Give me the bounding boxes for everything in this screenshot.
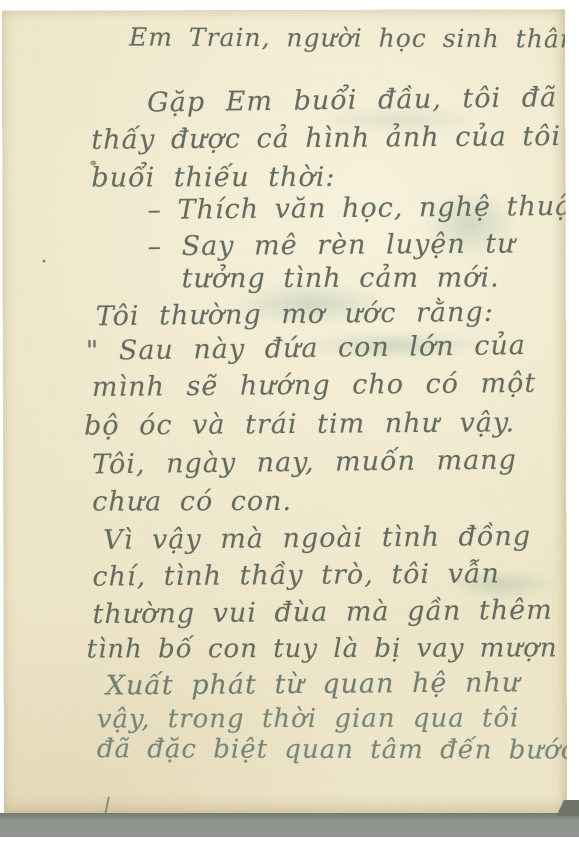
handwritten-line-quote: " Sau này đứa con lớn của: [86, 331, 526, 366]
handwritten-line: Gặp Em buổi đầu, tôi đã: [147, 83, 557, 118]
handwritten-line: Tôi thường mơ ước rằng:: [96, 298, 494, 332]
handwritten-line: thường vui đùa mà gần thêm: [92, 596, 553, 630]
handwritten-line: thấy được cả hình ảnh của tôi: [91, 122, 561, 155]
scanner-shadow-strip: [0, 813, 579, 837]
handwritten-line: Vì vậy mà ngoài tình đồng: [103, 522, 531, 556]
handwritten-line: đã đặc biệt quan tâm đến bước: [97, 735, 567, 765]
handwritten-line: mình sẽ hướng cho có một: [92, 369, 537, 403]
handwritten-line: vậy, trong thời gian qua tôi: [97, 704, 520, 734]
handwritten-line: tình bố con tuy là bị vay mượn: [87, 634, 558, 664]
handwritten-line: chưa có con.: [92, 487, 292, 517]
handwritten-line: chí, tình thầy trò, tôi vẫn: [92, 559, 500, 592]
handwritten-line: Xuất phát từ quan hệ như: [106, 668, 521, 701]
handwritten-line-list-item: – Say mê rèn luyện tư: [147, 229, 515, 262]
handwritten-line: buổi thiếu thời:: [91, 163, 335, 193]
handwritten-line-list-item: – Thích văn học, nghệ thuật.: [147, 192, 567, 226]
paper-speck: [90, 160, 96, 165]
paper-corner-shadow: [545, 800, 579, 816]
letter-paper: Em Train, người học sinh thân mến, Gặp E…: [2, 9, 567, 816]
handwritten-line-salutation: Em Train, người học sinh thân mến,: [129, 24, 567, 54]
paper-speck: [43, 260, 46, 263]
handwritten-line: bộ óc và trái tim như vậy.: [84, 408, 515, 441]
scan-background: { "document": { "type": "Scanned handwri…: [0, 0, 579, 854]
handwritten-line: tưởng tình cảm mới.: [182, 263, 500, 294]
handwritten-line: Tôi, ngày nay, muốn mang: [92, 446, 517, 481]
